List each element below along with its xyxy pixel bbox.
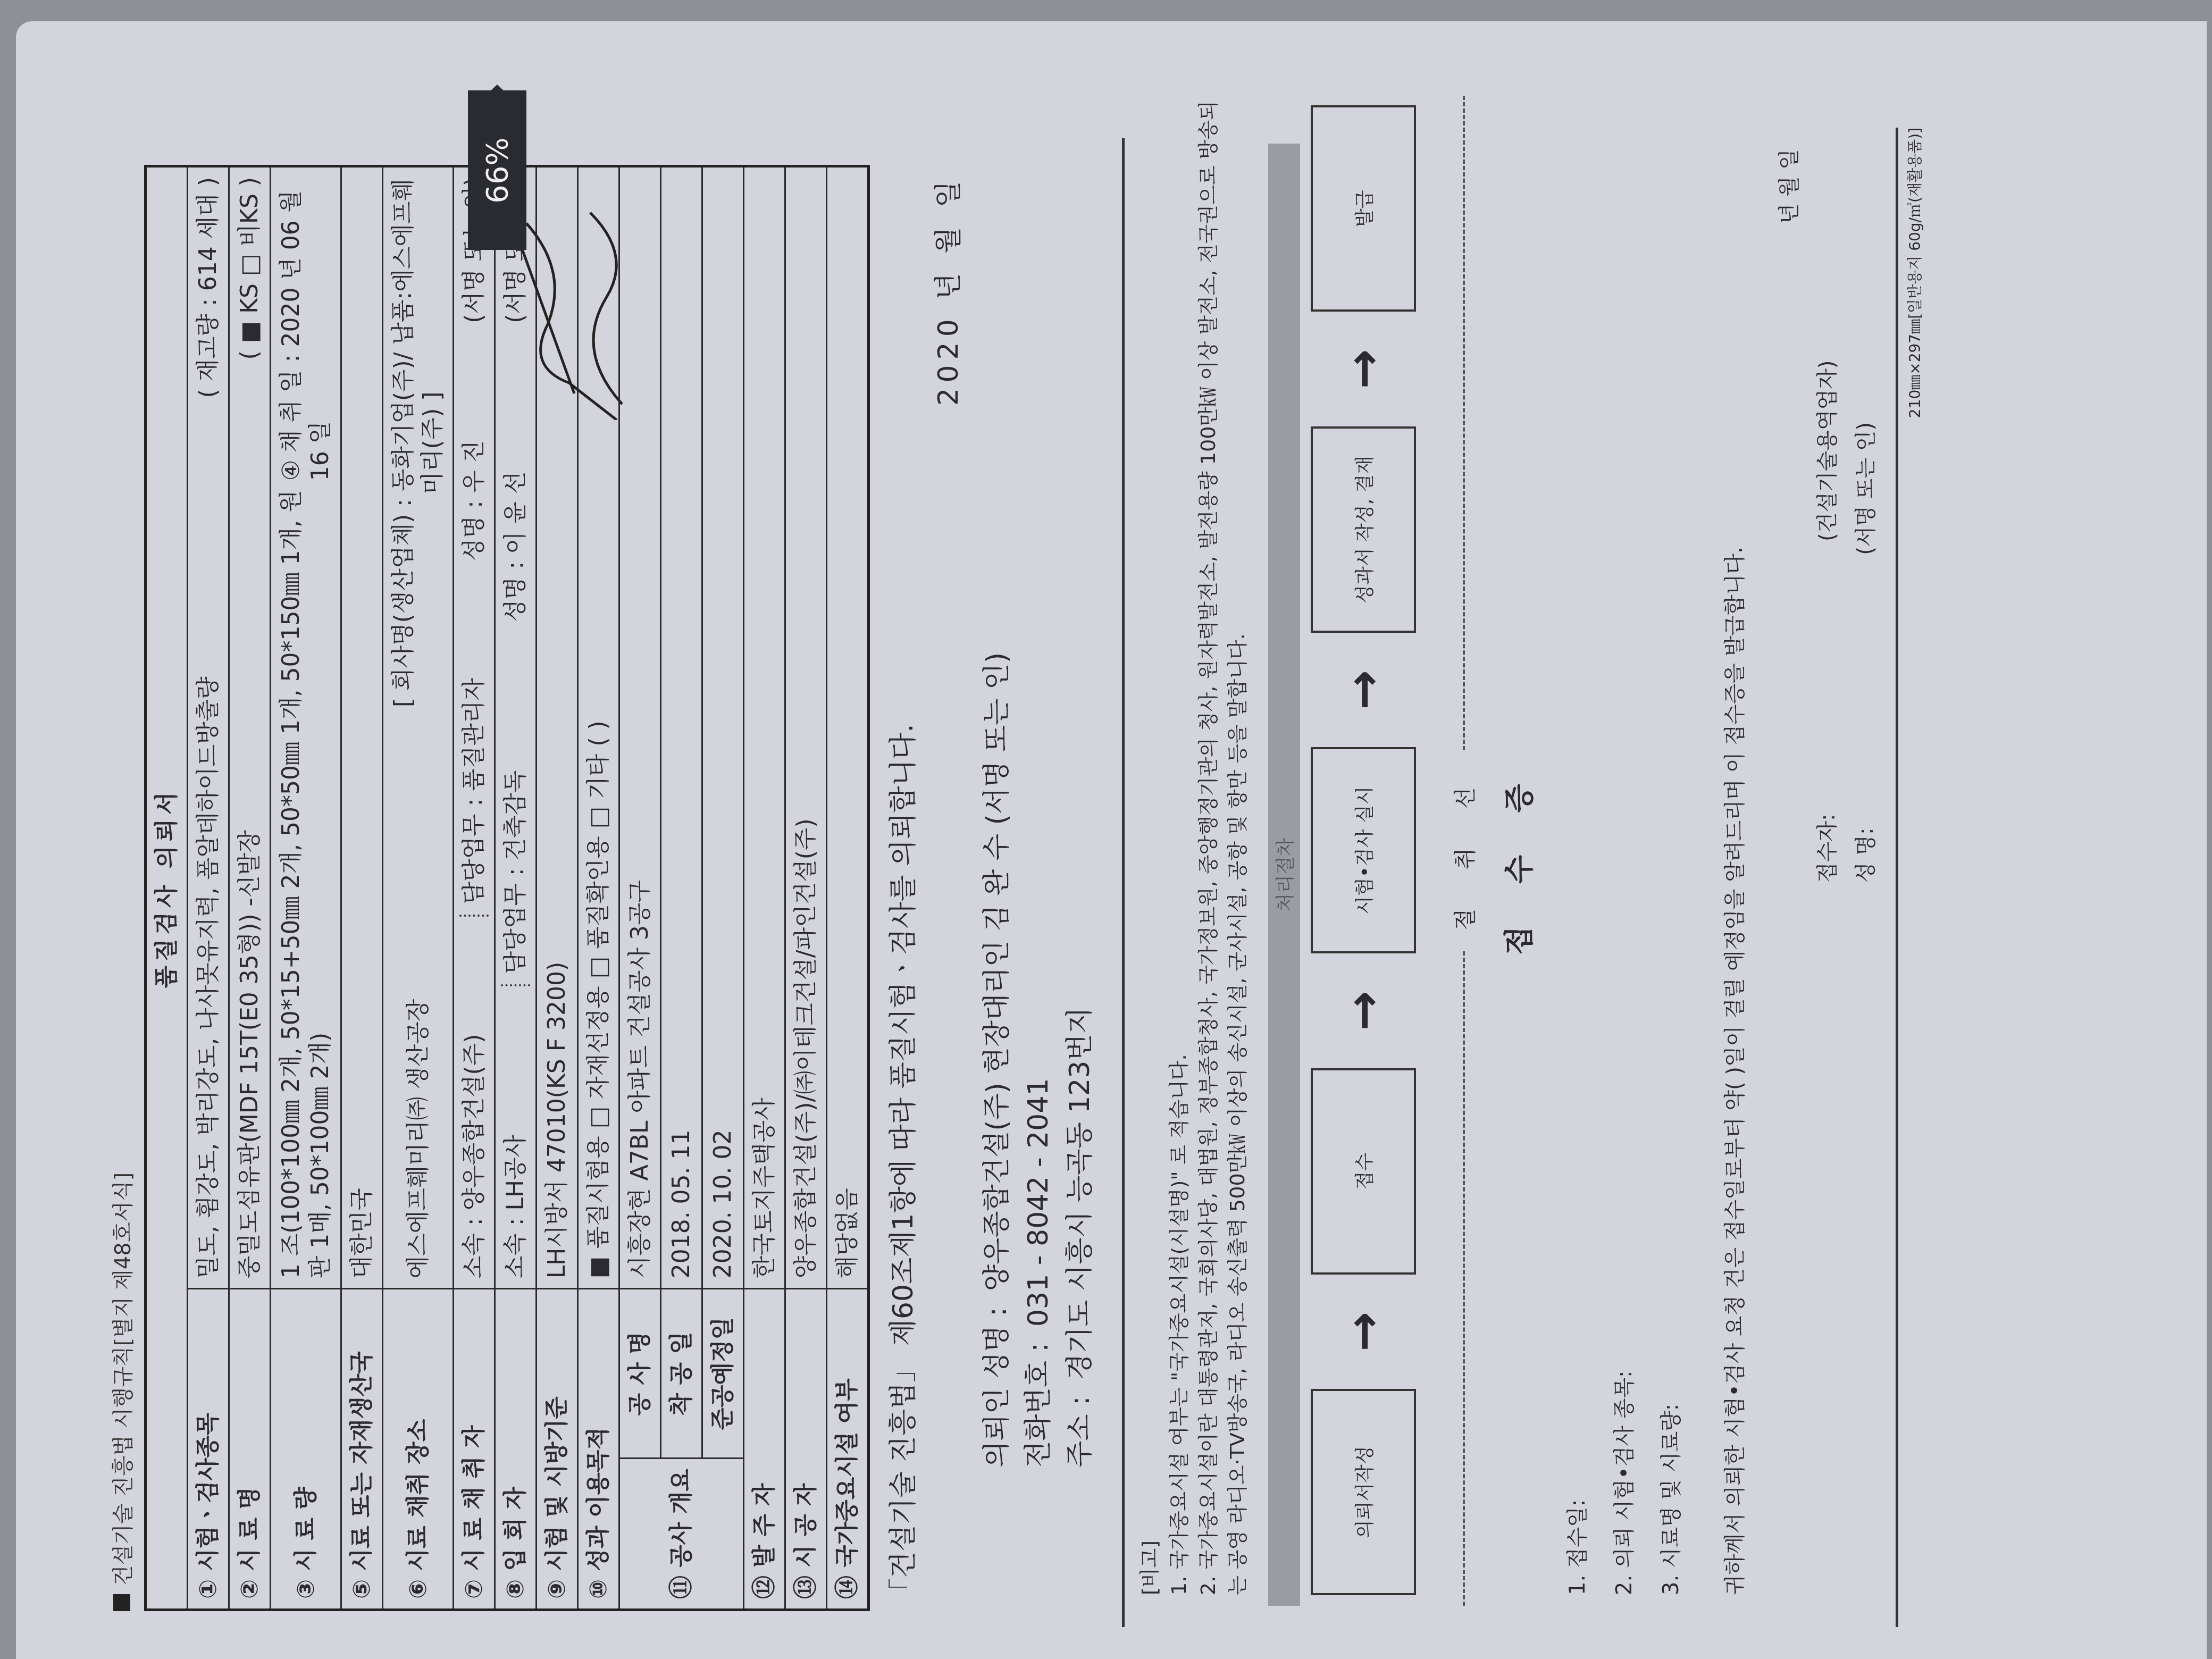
zoom-level-badge[interactable]: 66% [468, 90, 526, 250]
step-box: 성과서 작성, 결재 [1311, 426, 1416, 633]
table-row: ① 시험ㆍ검사종목 밀도, 휨강도, 박리강도, 나사못유지력, 폼알데하이드방… [188, 166, 229, 1610]
table-row: 착 공 일 2018. 05. 11 [661, 166, 702, 1610]
arrow-right-icon: → [1336, 1312, 1392, 1352]
table-row: ⑦ 시 료 채 취 자 소속 : 양우종합건설(주)담당업무 : 품질관리자성명… [454, 166, 495, 1610]
process-flow: 의뢰서작성 → 접수 → 시험•검사 실시 → 성과서 작성, 결재 → 발급 [1311, 96, 1416, 1595]
declaration-text: 「건설기술 진흥법」 제60조제1항에 따라 품질시험ㆍ검사를 의뢰합니다. [881, 96, 920, 1606]
table-row: ⑥ 시료 채취 장소 에스에프훼미리㈜ 생산공장[ 회사명(생산업체) : 동화… [383, 166, 454, 1610]
arrow-right-icon: → [1336, 349, 1392, 389]
square-bullet-icon [113, 1594, 130, 1611]
arrow-right-icon: → [1336, 991, 1392, 1030]
request-date: 2020 년 월 일 [926, 175, 966, 1627]
table-row: ⑬ 시 공 자 양우종합건설(주)/㈜이테크건설/파인건설(주) [785, 166, 827, 1610]
step-box: 접수 [1311, 1068, 1416, 1275]
step-box: 발급 [1311, 105, 1416, 312]
regulation-header: 건설기술 진흥법 시행규칙[별지 제48호서식] [106, 96, 137, 1611]
cut-line: 절 취 선 [1448, 96, 1480, 1606]
table-row: ③ 시 료 량 1 조(100*100㎜ 2개, 50*15+50㎜ 2개, 5… [271, 166, 341, 1610]
requester-info: 의뢰인 성명 :양우종합건설(주) 현장대리인 김 완 수 (서명 또는 인) … [976, 96, 1101, 1468]
receipt-signature: 년 월 일 접수자: (건설기술용역업자) 성 명: (서명 또는 인) [1770, 96, 1885, 883]
receipt-text: 귀하께서 의뢰한 시험•검사 요청 건은 접수일로부터 약( )일이 걸릴 예정… [1716, 96, 1754, 1595]
notes-section: [비고] 1. 국가중요시설 여부는 "국가중요시설(시설명)" 로 적습니다.… [1135, 96, 1252, 1595]
ks-checkbox[interactable]: ( ■ KS □ 비KS ) [235, 177, 264, 359]
regulation-text: 건설기술 진흥법 시행규칙[별지 제48호서식] [106, 1172, 137, 1586]
paper-spec-footer: 210㎜×297㎜[일반용지 60g/㎡(재활용품)] [1896, 128, 1925, 1627]
quality-test-request-form: 건설기술 진흥법 시행규칙[별지 제48호서식] 품질검사 의뢰서 ① 시험ㆍ검… [101, 74, 2175, 1648]
arrow-right-icon: → [1336, 670, 1392, 710]
table-row: ⑤ 시료 또는 자재생산국 대한민국 [341, 166, 383, 1610]
step-box: 의뢰서작성 [1311, 1389, 1416, 1595]
form-title: 품질검사 의뢰서 [146, 166, 188, 1610]
document-photo: 건설기술 진흥법 시행규칙[별지 제48호서식] 품질검사 의뢰서 ① 시험ㆍ검… [16, 21, 2207, 1659]
table-row: ② 시 료 명 중밀도섬유판(MDF 15T(E0 35형)) -신발장( ■ … [229, 166, 271, 1610]
divider [1122, 138, 1125, 1627]
table-row: ⑫ 발 주 자 한국토지주택공사 [744, 166, 785, 1610]
table-row: 준공예정일 2020. 10. 02 [702, 166, 744, 1610]
process-title: 처리절차 [1268, 144, 1300, 1606]
step-box: 시험•검사 실시 [1311, 747, 1416, 953]
table-row: ⑭ 국가중요시설 여부 해당없음 [827, 166, 869, 1610]
receipt-items: 1. 접수일: 2. 의뢰 시험•검사 종목: 3. 시료명 및 시료량: [1554, 96, 1695, 1595]
receipt-title: 접 수 증 [1496, 96, 1538, 1627]
